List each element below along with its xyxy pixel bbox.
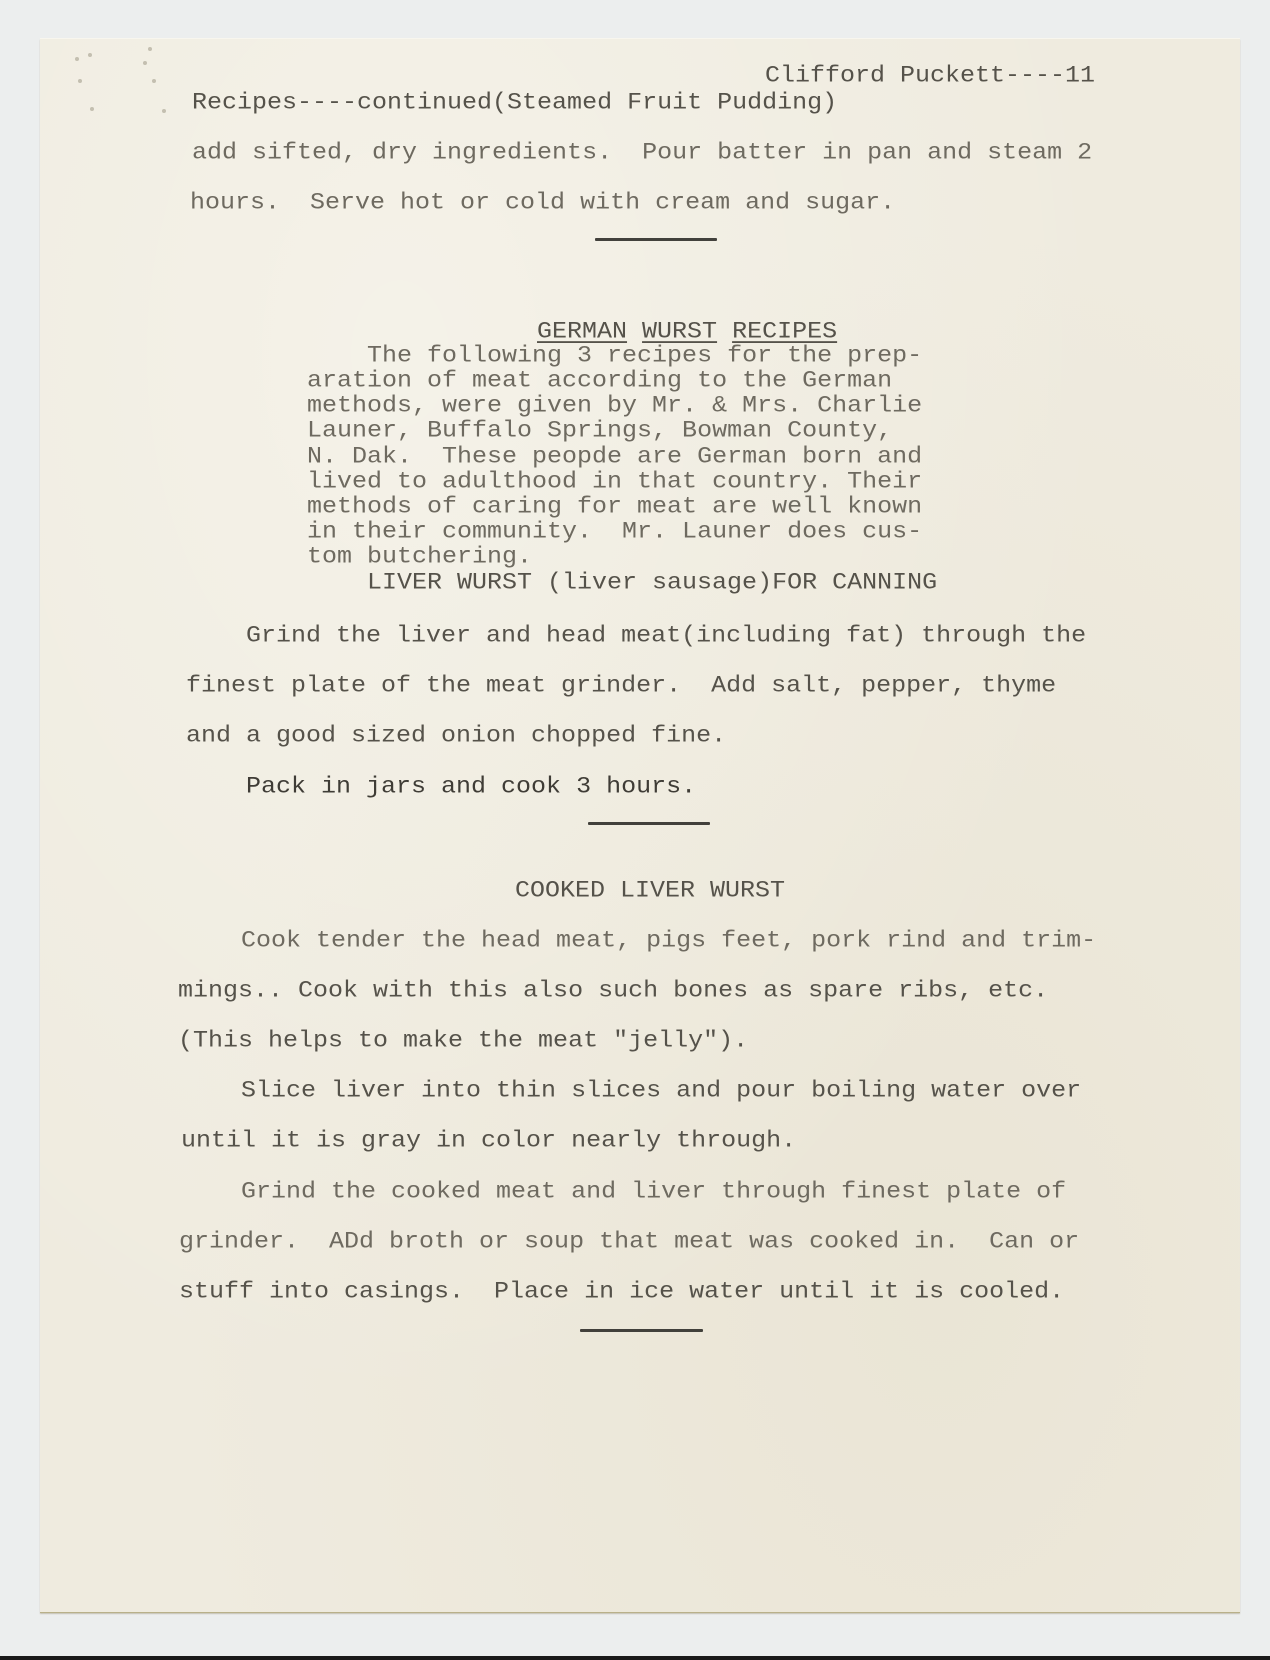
recipe-line: grinder. ADd broth or soup that meat was… [179,1230,1079,1253]
separator-line [580,1329,703,1332]
continued-title: Recipes----continued(Steamed Fruit Puddi… [192,91,837,114]
separator-line [595,238,717,241]
body-line: add sifted, dry ingredients. Pour batter… [192,141,1092,164]
recipe-line: until it is gray in color nearly through… [181,1129,796,1152]
punch-mark [75,57,79,61]
recipe-title: LIVER WURST (liver sausage)FOR CANNING [367,571,937,594]
punch-mark [90,107,94,111]
recipe-line: Grind the cooked meat and liver through … [181,1180,1066,1203]
intro-line: methods of caring for meat are well know… [307,495,922,518]
punch-mark [88,53,92,57]
intro-line: The following 3 recipes for the prep- [307,344,922,367]
intro-line: lived to adulthood in that country. Thei… [307,470,922,493]
typed-page [40,38,1240,1612]
intro-line: tom butchering. [307,545,532,568]
punch-mark [78,79,82,83]
intro-line: aration of meat according to the German [307,369,892,392]
intro-line: methods, were given by Mr. & Mrs. Charli… [307,394,922,417]
recipe-title: COOKED LIVER WURST [515,879,785,902]
heading-word: GERMAN [537,318,627,345]
heading-word: WURST [642,318,717,345]
punch-mark [148,47,152,51]
recipe-line: (This helps to make the meat "jelly"). [178,1029,748,1052]
heading-word: RECIPES [732,318,837,345]
recipe-line: Pack in jars and cook 3 hours. [186,775,696,798]
recipe-line: Grind the liver and head meat(including … [186,624,1086,647]
separator-line [588,822,710,825]
recipe-line: Cook tender the head meat, pigs feet, po… [181,929,1096,952]
page-header: Clifford Puckett----11 [765,64,1095,87]
recipe-line: mings.. Cook with this also such bones a… [178,979,1048,1002]
section-heading: GERMAN WURST RECIPES [507,297,837,343]
recipe-line: Slice liver into thin slices and pour bo… [181,1079,1081,1102]
recipe-line: finest plate of the meat grinder. Add sa… [186,674,1056,697]
punch-mark [152,79,156,83]
body-line: hours. Serve hot or cold with cream and … [190,191,895,214]
scan-edge [0,1656,1270,1660]
recipe-line: and a good sized onion chopped fine. [186,724,726,747]
intro-line: in their community. Mr. Launer does cus- [307,520,922,543]
intro-line: N. Dak. These peopde are German born and [307,445,922,468]
recipe-line: stuff into casings. Place in ice water u… [179,1280,1064,1303]
punch-mark [143,61,147,65]
punch-mark [162,109,166,113]
intro-line: Launer, Buffalo Springs, Bowman County, [307,419,892,442]
